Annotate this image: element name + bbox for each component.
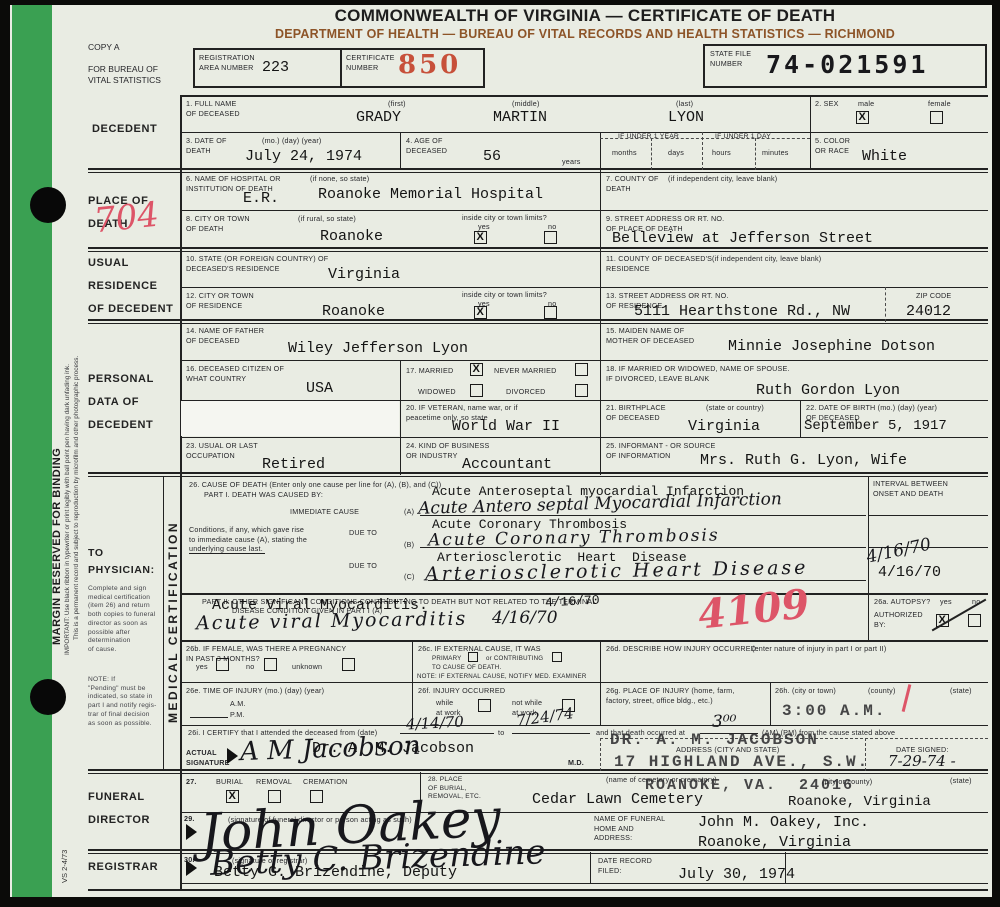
pregnancy-no-checkbox[interactable] [264, 658, 277, 671]
sex-female-checkbox[interactable] [930, 111, 943, 124]
grid-line [88, 251, 988, 253]
immediate-cause-a: (A) [404, 507, 414, 517]
sex-male-label: male [858, 99, 874, 109]
grid-line [600, 640, 601, 682]
middle-name-value[interactable]: MARTIN [493, 109, 547, 126]
cremation-label: CREMATION [303, 777, 347, 787]
section-personal-data: PERSONAL DATA OF DECEDENT [88, 368, 154, 437]
grid-line [600, 250, 601, 322]
certificate-scan: MARGIN RESERVED FOR BINDING IMPORTANT: U… [0, 0, 1000, 907]
physician-stamp-address: 17 HIGHLAND AVE., S.W. [614, 753, 869, 771]
autopsy-no-checkbox[interactable] [968, 614, 981, 627]
middle-hint: (middle) [512, 99, 540, 109]
date-signed-handwritten[interactable]: 7-29-74 - [888, 752, 956, 770]
injury-city-label: 26h. (city or town) [775, 686, 836, 696]
immediate-cause-label: IMMEDIATE CAUSE [290, 507, 359, 517]
contributing-label: or CONTRIBUTING [486, 655, 543, 663]
pregnancy-no-label: no [246, 662, 254, 672]
citizen-label: 16. DECEASED CITIZEN OF WHAT COUNTRY [186, 364, 284, 383]
to-cause-label: TO CAUSE OF DEATH. [432, 664, 501, 672]
cause-of-death-label: 26. CAUSE OF DEATH (Enter only one cause… [189, 480, 441, 490]
grid-line [600, 437, 601, 475]
entry-line [512, 733, 590, 734]
grid-line [755, 138, 756, 170]
grid-line [180, 287, 988, 288]
copy-label: COPY A [88, 42, 120, 53]
margin-red-code: 704 [92, 195, 161, 242]
injury-state-hint: (state) [950, 686, 972, 696]
funeral-home-label: NAME OF FUNERAL HOME AND ADDRESS: [594, 814, 665, 843]
grid-line [412, 640, 413, 682]
grid-line [180, 95, 988, 97]
grid-line [600, 682, 601, 725]
state-file-label: STATE FILE NUMBER [710, 49, 751, 68]
grid-line [180, 210, 988, 211]
page-title: COMMONWEALTH OF VIRGINIA — CERTIFICATE O… [185, 6, 985, 26]
am-label: A.M. [230, 699, 246, 709]
autopsy-label: 26a. AUTOPSY? [874, 597, 930, 607]
injury-county-hint: (county) [868, 686, 896, 696]
grid-line [702, 132, 703, 170]
contributing-checkbox[interactable] [552, 652, 562, 662]
funeral-home-name[interactable]: John M. Oakey, Inc. [698, 814, 869, 831]
interval-label: INTERVAL BETWEEN ONSET AND DEATH [873, 479, 948, 498]
conditions-note: Conditions, if any, which gave rise to i… [189, 525, 307, 554]
birthplace-label: 21. BIRTHPLACE OF DECEASED [606, 403, 666, 422]
grid-line [180, 682, 988, 683]
removal-label: REMOVAL [256, 777, 292, 787]
date-of-death-value[interactable]: July 24, 1974 [245, 148, 362, 165]
last-name-value[interactable]: LYON [668, 109, 704, 126]
grid-line [180, 437, 988, 438]
external-cause-label: 26c. IF EXTERNAL CAUSE, IT WAS [418, 644, 541, 654]
grid-line [770, 682, 771, 725]
grid-line [88, 247, 988, 249]
date-filed-label: DATE RECORD FILED: [598, 856, 652, 875]
hole-punch-top [30, 187, 66, 223]
grid-line [600, 322, 601, 360]
grid-line [180, 95, 182, 891]
entry-line [420, 547, 866, 548]
grid-line [88, 323, 988, 325]
married-checkbox[interactable] [470, 363, 483, 376]
due-to-b-label: DUE TO [349, 528, 377, 538]
grid-line [868, 593, 869, 640]
interval-typed[interactable]: 4/16/70 [878, 564, 941, 581]
residence-limits-question: inside city or town limits? [462, 290, 547, 300]
while-at-work-checkbox[interactable] [478, 699, 491, 712]
death-time-handwritten[interactable]: 3⁰⁰ [712, 712, 736, 732]
grid-line [600, 170, 601, 250]
notify-examiner-note: NOTE: IF EXTERNAL CAUSE, NOTIFY MED. EXA… [417, 673, 587, 681]
father-label: 14. NAME OF FATHER OF DECEASED [186, 326, 264, 345]
limits-question: inside city or town limits? [462, 213, 547, 223]
date-filed-value[interactable]: July 30, 1974 [678, 866, 795, 883]
actual-signature-label: ACTUAL SIGNATURE [186, 748, 230, 767]
certify-to-label: to [498, 728, 504, 738]
date-of-death-hints: (mo.) (day) (year) [262, 136, 322, 146]
underline [189, 553, 265, 554]
item-27-number: 27. [186, 777, 197, 787]
due-to-c: (C) [404, 572, 415, 582]
due-to-c-label: DUE TO [349, 561, 377, 571]
primary-label: PRIMARY [432, 655, 461, 663]
never-married-checkbox[interactable] [575, 363, 588, 376]
age-years-label: years [562, 157, 581, 167]
grid-line [885, 287, 886, 322]
grid-line [400, 400, 401, 437]
funeral-signature-arrow-icon [186, 824, 197, 840]
part2-date-handwritten[interactable]: 4/16/70 [492, 608, 558, 628]
father-value[interactable]: Wiley Jefferson Lyon [288, 340, 468, 357]
time-of-death-stamp: 3:00 A.M. [782, 702, 886, 720]
date-of-death-label: 3. DATE OF DEATH [186, 136, 227, 155]
sex-label: 2. SEX [815, 99, 839, 109]
primary-checkbox[interactable] [468, 652, 478, 662]
funeral-home-city[interactable]: Roanoke, Virginia [698, 834, 851, 851]
months-label: months [612, 148, 637, 158]
physician-note: Complete and sign medical certification … [88, 585, 155, 655]
sex-female-label: female [928, 99, 951, 109]
item-29-number: 29. [184, 814, 195, 824]
autopsy-yes-label: yes [940, 597, 952, 607]
blank-cell [181, 401, 399, 436]
spouse-value[interactable]: Ruth Gordon Lyon [756, 382, 900, 399]
interval-line [868, 515, 988, 516]
pending-note: NOTE: If "Pending" must be indicated, so… [88, 676, 157, 728]
describe-injury-label: 26d. DESCRIBE HOW INJURY OCCURRED. [606, 644, 758, 654]
minutes-label: minutes [762, 148, 789, 158]
grid-line [400, 132, 401, 170]
hole-punch-bottom [30, 679, 66, 715]
entry-line [190, 717, 228, 718]
under-1-year-label: IF UNDER 1 YEAR [618, 133, 679, 142]
pregnancy-yes-label: yes [196, 662, 208, 672]
grid-line [800, 400, 801, 437]
pregnancy-yes-checkbox[interactable] [216, 658, 229, 671]
age-value[interactable]: 56 [483, 148, 501, 165]
section-usual-residence: USUAL RESIDENCE OF DECEDENT [88, 252, 173, 321]
section-decedent: DECEDENT [92, 118, 157, 141]
registrar-typed-name[interactable]: Betty G. Brizendine, Deputy [214, 864, 457, 881]
grid-line [180, 725, 988, 726]
city-of-death-hint: (if rural, so state) [298, 214, 356, 224]
burial-city-value[interactable]: Roanoke, Virginia [788, 794, 931, 810]
city-of-death-label: 8. CITY OR TOWN OF DEATH [186, 214, 250, 233]
grid-line [600, 738, 601, 771]
medical-certification-vertical: MEDICAL CERTIFICATION [166, 478, 180, 766]
grid-line [180, 132, 988, 133]
burial-city-hint: (city or county) [822, 777, 872, 787]
business-value[interactable]: Accountant [462, 456, 552, 473]
grid-line [88, 773, 988, 775]
due-to-b: (B) [404, 540, 414, 550]
grid-line [600, 400, 601, 437]
state-file-value[interactable]: 74-021591 [766, 50, 928, 79]
residence-county-hint: (if independent city, leave blank) [712, 254, 821, 264]
city-of-death-value[interactable]: Roanoke [320, 228, 383, 245]
citizen-value[interactable]: USA [306, 380, 333, 397]
county-of-death-label: 7. COUNTY OF DEATH [606, 174, 659, 193]
residence-county-label: 11. COUNTY OF DECEASED'S RESIDENCE [606, 254, 712, 273]
registration-box-divider [340, 48, 342, 88]
grid-line [88, 476, 988, 478]
first-hint: (first) [388, 99, 406, 109]
hospital-hint: (if none, so state) [310, 174, 369, 184]
divorced-checkbox[interactable] [575, 384, 588, 397]
md-label: M.D. [568, 758, 584, 768]
section-funeral-director: FUNERAL DIRECTOR [88, 786, 150, 832]
section-to-physician: TO PHYSICIAN: [88, 545, 155, 579]
grid-line [651, 138, 652, 170]
registration-area-value[interactable]: 223 [262, 59, 289, 76]
hours-label: hours [712, 148, 731, 158]
signature-arrow-icon [227, 748, 238, 764]
grid-line [88, 319, 988, 321]
pregnancy-unknown-checkbox[interactable] [342, 658, 355, 671]
zip-value[interactable]: 24012 [906, 303, 951, 320]
birthplace-hint: (state or country) [706, 403, 764, 413]
under-1-day-label: IF UNDER 1 DAY [715, 133, 771, 142]
widowed-label: WIDOWED [418, 387, 456, 397]
grid-line [400, 437, 401, 475]
county-of-death-hint: (if independent city, leave blank) [668, 174, 777, 184]
birthplace-value[interactable]: Virginia [688, 418, 760, 435]
residence-city-label: 12. CITY OR TOWN OF RESIDENCE [186, 291, 254, 310]
days-label: days [668, 148, 684, 158]
bureau-label: FOR BUREAU OF VITAL STATISTICS [88, 64, 161, 86]
grid-line [88, 172, 988, 174]
last-hint: (last) [676, 99, 693, 109]
limits-no-checkbox[interactable] [544, 231, 557, 244]
grid-line [400, 360, 401, 400]
burial-label: BURIAL [216, 777, 243, 787]
full-name-label: 1. FULL NAME OF DECEASED [186, 99, 240, 118]
hospital-er-value[interactable]: E.R. [243, 190, 279, 207]
married-label: 17. MARRIED [406, 366, 453, 376]
grid-line [180, 883, 988, 884]
residence-state-value[interactable]: Virginia [328, 266, 400, 283]
mother-label: 15. MAIDEN NAME OF MOTHER OF DECEASED [606, 326, 694, 345]
pregnancy-unknown-label: unknown [292, 662, 322, 672]
pm-label: P.M. [230, 710, 245, 720]
sex-male-checkbox[interactable] [856, 111, 869, 124]
time-of-injury-label: 26e. TIME OF INJURY (mo.) (day) (year) [186, 686, 324, 696]
important-note-vertical: IMPORTANT: Use black ribbon in typewrite… [64, 190, 71, 655]
residence-street-value[interactable]: 5111 Hearthstone Rd., NW [634, 303, 850, 320]
physician-typed-name[interactable]: Dr. A. M. Jacobson [312, 740, 474, 757]
form-number: VS 2-4/73 [60, 823, 69, 883]
occupation-value[interactable]: Retired [262, 456, 325, 473]
place-of-injury-label: 26g. PLACE OF INJURY (home, farm, factor… [606, 686, 735, 705]
widowed-checkbox[interactable] [470, 384, 483, 397]
spouse-label: 18. IF MARRIED OR WIDOWED, NAME OF SPOUS… [606, 364, 790, 383]
binding-stripe [12, 5, 52, 897]
grid-line [180, 640, 988, 642]
residence-limits-no-checkbox[interactable] [544, 306, 557, 319]
burial-state-hint: (state) [950, 776, 972, 786]
grid-line [88, 889, 988, 891]
entry-line [420, 515, 866, 516]
street-of-death-value[interactable]: Belleview at Jefferson Street [612, 230, 873, 247]
informant-value[interactable]: Mrs. Ruth G. Lyon, Wife [700, 452, 907, 469]
certificate-number-label: CERTIFICATE NUMBER [346, 53, 395, 72]
veteran-value[interactable]: World War II [452, 418, 560, 435]
dob-value[interactable]: September 5, 1917 [804, 418, 947, 434]
age-label: 4. AGE OF DECEASED [406, 136, 447, 155]
section-registrar: REGISTRAR [88, 856, 158, 879]
page-subtitle: DEPARTMENT OF HEALTH — BUREAU OF VITAL R… [185, 27, 985, 41]
grid-line [868, 476, 869, 593]
grid-line [600, 360, 601, 400]
color-race-label: 5. COLOR OR RACE [815, 136, 850, 155]
hospital-value[interactable]: Roanoke Memorial Hospital [318, 186, 543, 203]
never-married-label: NEVER MARRIED [494, 366, 557, 376]
registrar-signature-arrow-icon [186, 860, 197, 876]
zip-label: ZIP CODE [916, 291, 951, 301]
grid-line [180, 360, 988, 361]
binding-margin-text: MARGIN RESERVED FOR BINDING [51, 385, 63, 645]
part1-label: PART I. DEATH WAS CAUSED BY: [204, 490, 323, 500]
grid-line [88, 168, 988, 170]
occupation-label: 23. USUAL OR LAST OCCUPATION [186, 441, 258, 460]
divorced-label: DIVORCED [506, 387, 546, 397]
mother-value[interactable]: Minnie Josephine Dotson [728, 338, 935, 355]
medcert-divider [163, 476, 164, 769]
color-race-value[interactable]: White [862, 148, 907, 165]
injury-occurred-label: 26f. INJURY OCCURRED [418, 686, 505, 696]
first-name-value[interactable]: GRADY [356, 109, 401, 126]
certificate-number-value[interactable]: 850 [398, 50, 461, 80]
limits-yes-checkbox[interactable] [474, 231, 487, 244]
residence-city-value[interactable]: Roanoke [322, 303, 385, 320]
residence-state-label: 10. STATE (OR FOREIGN COUNTRY) OF DECEAS… [186, 254, 328, 273]
registration-area-label: REGISTRATION AREA NUMBER [199, 53, 255, 72]
describe-injury-hint: (enter nature of injury in part I or par… [752, 644, 886, 654]
residence-limits-yes-checkbox[interactable] [474, 306, 487, 319]
permanent-note-vertical: This is a permanent record and subject t… [73, 200, 80, 640]
authorized-by-label: AUTHORIZED BY: [874, 610, 923, 629]
grid-line [810, 95, 811, 170]
grid-line [590, 852, 591, 884]
